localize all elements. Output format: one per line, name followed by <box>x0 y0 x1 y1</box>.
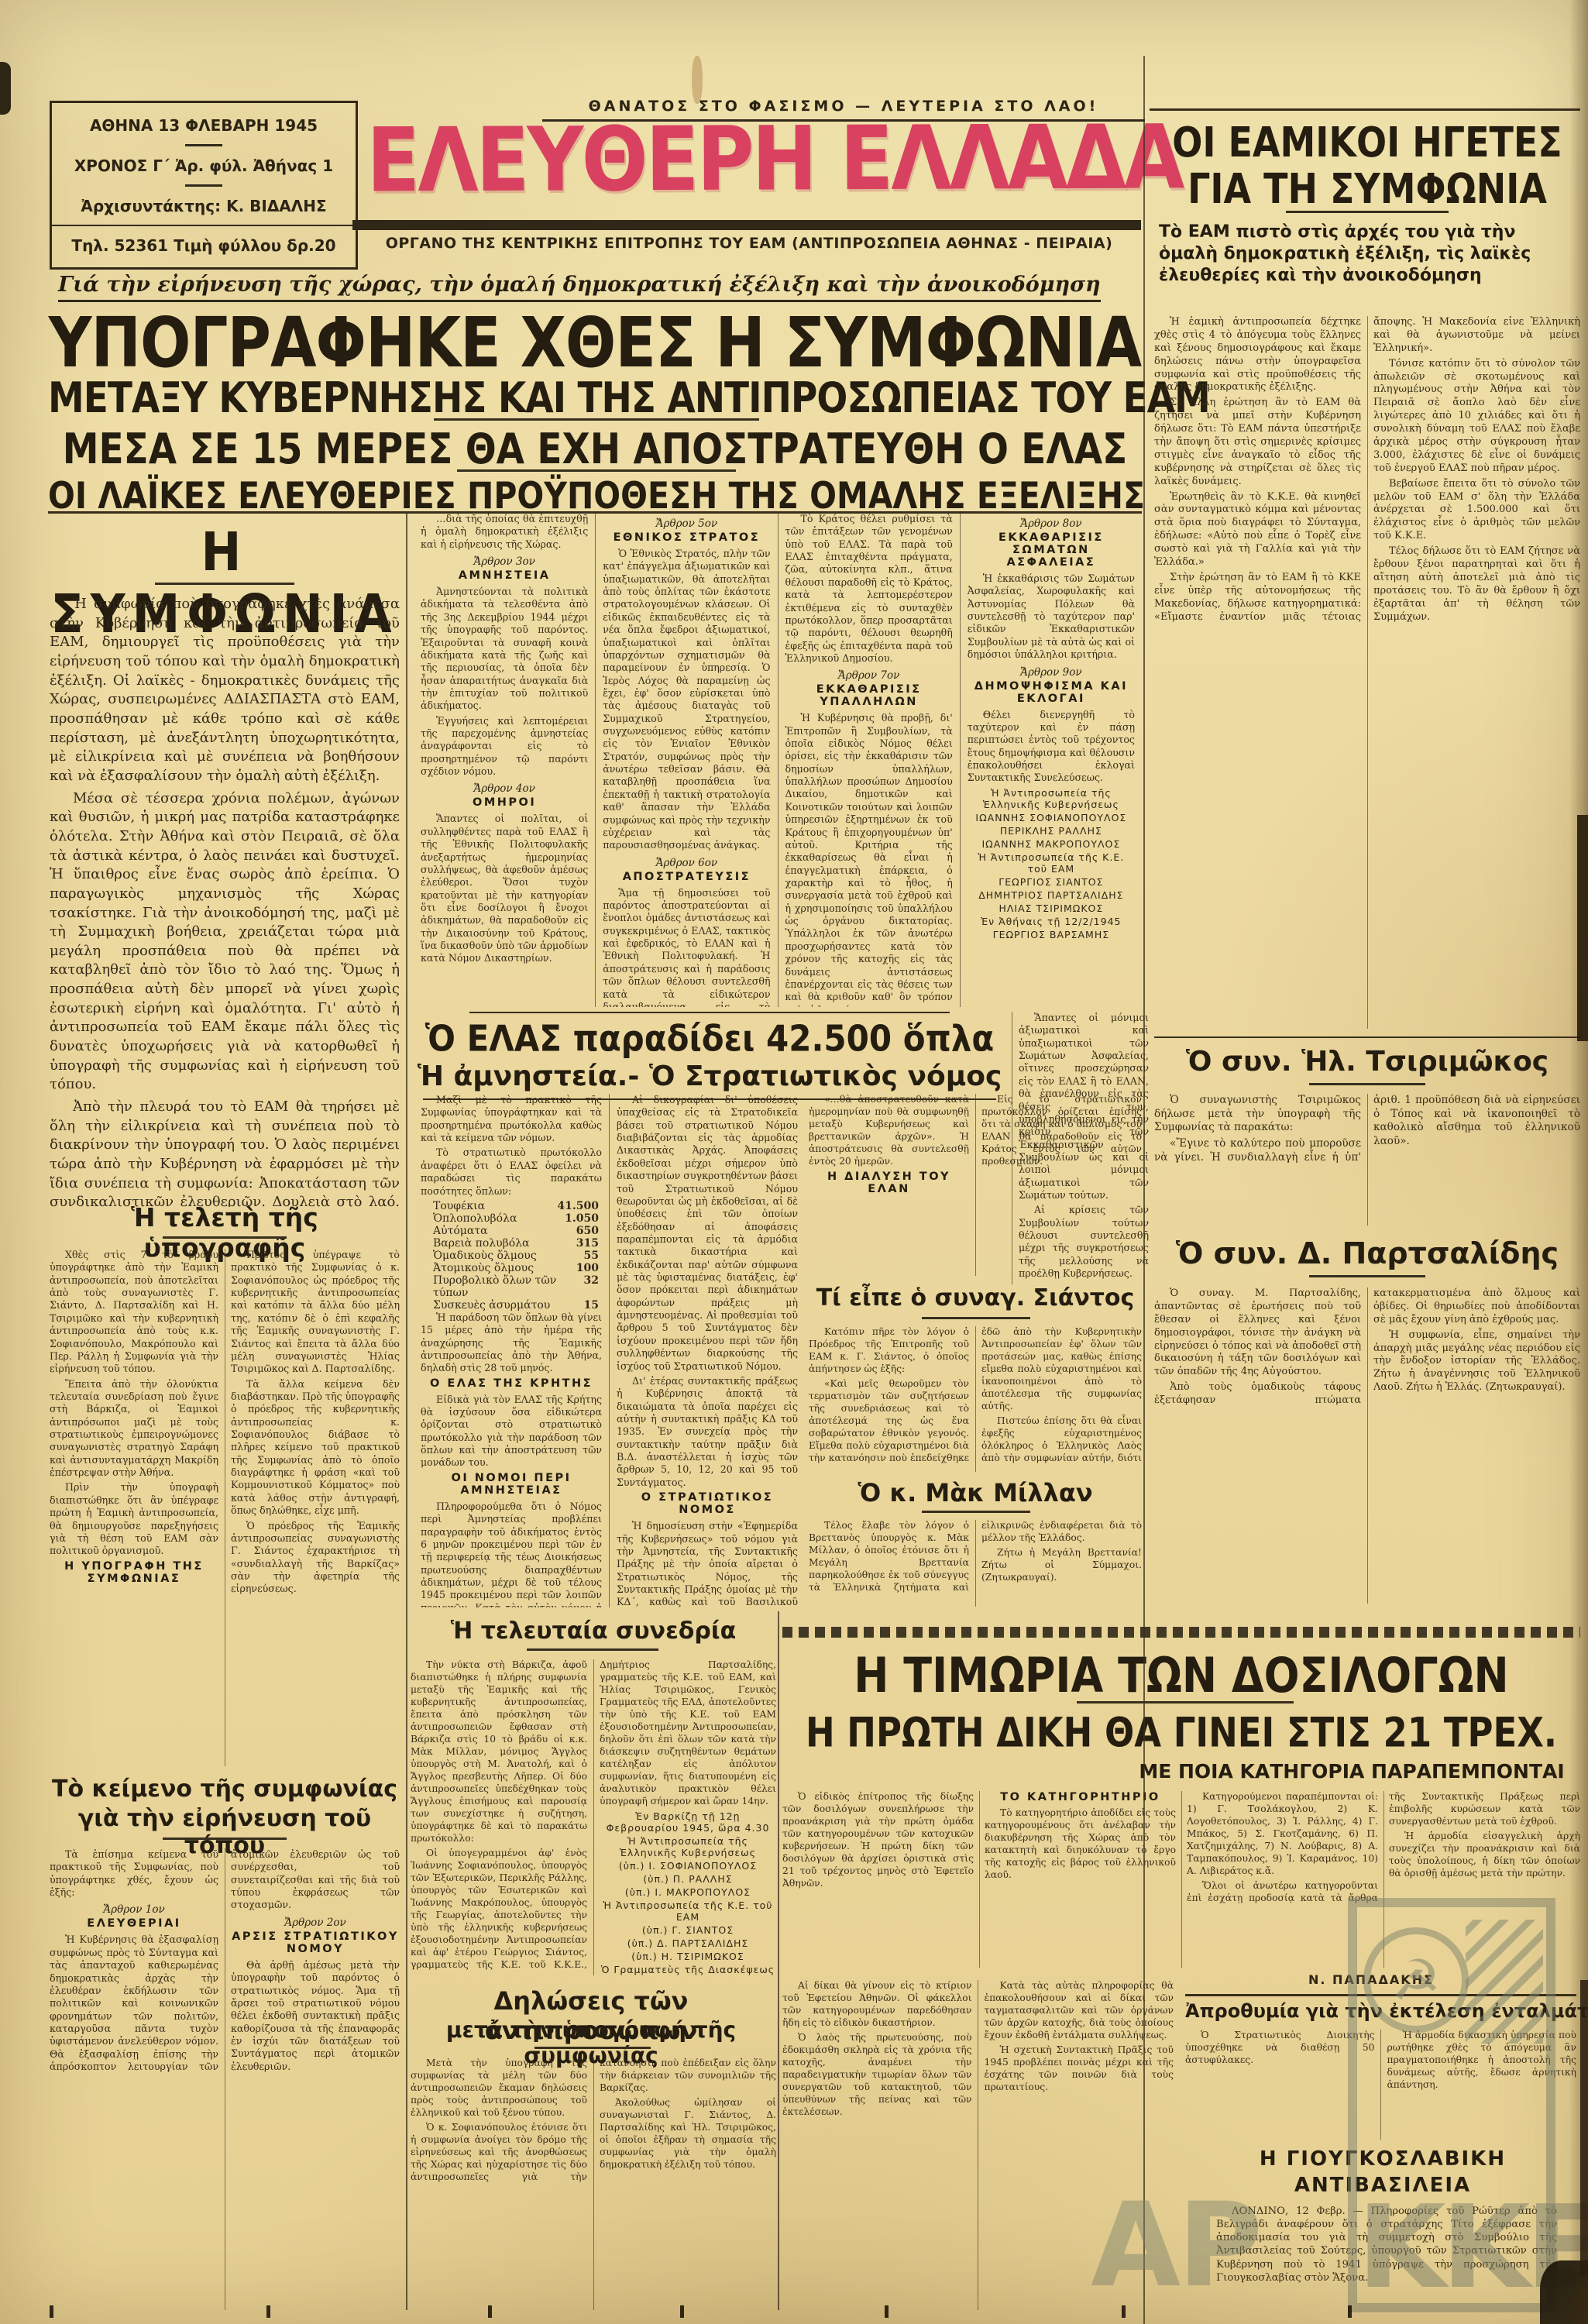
signature-line: ΓΕΩΡΓΙΟΣ ΣΙΑΝΤΟΣ <box>968 876 1135 888</box>
editorial-body: Ἡ συμφωνία ποὺ ὑπογράφηκε χτὲς ἀνάμεσα σ… <box>50 595 400 1207</box>
weapons-table-row: Πυροβολικὸ ὅλων τῶν τύπων32 <box>421 1274 602 1299</box>
paragraph: Τὴν νύκτα στὴ Βάρκιζα, ἀφοῦ διαπιστώθηκε… <box>411 1659 587 1845</box>
article-number: Ἄρθρον 3ον <box>421 555 588 568</box>
signature-line: Ἡ Ἀντιπροσωπεία τῆς Ἑλληνικῆς Κυβερνήσεω… <box>968 787 1135 810</box>
divider-line <box>52 225 356 226</box>
protocol-intro-2: Τὸ στρατιωτικὸ πρωτόκολλο ἀναφέρει ὅτι ὁ… <box>421 1147 602 1197</box>
articles-col-3: Τὸ Κράτος θέλει ρυθμίσει τὰ τῶν ἐπιτάξεω… <box>778 513 960 1007</box>
weapons-banner-line1: Ὁ ΕΛΑΣ παραδίδει 42.500 ὅπλα <box>414 1018 1005 1060</box>
paragraph: Ἡ συμφωνία ποὺ ὑπογράφηκε χτὲς ἀνάμεσα σ… <box>50 595 400 786</box>
paragraph: Ἀπὸ τὴν πλευρά του τὸ ΕΑΜ θὰ τηρήσει μὲ … <box>50 1098 400 1207</box>
paragraph: Δι' ἑτέρας συντακτικῆς πράξεως ἡ Κυβέρνη… <box>617 1375 798 1489</box>
weapons-banner: Ὁ ΕΛΑΣ παραδίδει 42.500 ὅπλα Ἡ ἀμνηστεία… <box>414 1012 1005 1100</box>
fold-tick <box>488 2305 492 2318</box>
signature-line: Ἐν Βαρκίζῃ τῇ 12ῃ Φεβρουαρίου 1945, ὥρα … <box>600 1810 776 1834</box>
paragraph: Τὰ ἐπίσημα κείμενα τοῦ πρακτικοῦ τῆς Συμ… <box>50 1848 218 1899</box>
paragraph: Τόνισε κατόπιν ὅτι τὸ σύνολον τῶν ἀπωλει… <box>1373 358 1580 476</box>
right-column-top-rule <box>1150 108 1580 111</box>
paragraph: Μετὰ τὴν ὑπογραφὴ τῆς συμφωνίας τὰ μέλη … <box>411 2058 587 2119</box>
article-number: Ἄρθρον 5ον <box>603 517 770 530</box>
signature-line: (ὑπ.) Ι. ΣΟΦΙΑΝΟΠΟΥΛΟΣ <box>600 1860 776 1872</box>
column-rule <box>778 1611 779 2310</box>
paragraph: Ὁ λαὸς τῆς πρωτευούσης, ποὺ ἐδοκιμάσθη σ… <box>782 2032 972 2119</box>
article-subtitle: ΕΘΝΙΚΟΣ ΣΤΡΑΤΟΣ <box>603 531 770 544</box>
paragraph: Ἅμα τῇ δημοσιεύσει τοῦ παρόντος ἀποστρατ… <box>603 887 770 1007</box>
right-column-body: Ἡ ἐαμικὴ ἀντιπροσωπεία δέχτηκε χθὲς στὶς… <box>1154 316 1580 1029</box>
paragraph: Ἡ Κυβέρνησις θὰ προβῇ, δι' Ἐπιτροπῶν ἢ Σ… <box>785 712 953 1007</box>
yugoslavia-paragraph: ΛΟΝΔΙΝΟ, 12 Φεβρ. — Πληροφορίες τοῦ Ρώϋτ… <box>1216 2205 1557 2284</box>
section-rule <box>1154 1037 1580 1038</box>
article-subtitle: ΑΠΟΣΤΡΑΤΕΥΣΙΣ <box>603 871 770 883</box>
last-session-heading: Ἡ τελευταία συνεδρία <box>411 1618 776 1645</box>
paragraph: Ἡ δημοσίευση στὴν «Ἐφημερίδα τῆς Κυβερνή… <box>617 1520 798 1607</box>
article-subtitle: ΟΜΗΡΟΙ <box>421 796 588 809</box>
paragraph: Ἅπαντες οἱ πολῖται, οἱ συλληφθέντες παρὰ… <box>421 813 588 964</box>
article-number: Ἄρθρον 1ον <box>50 1903 218 1916</box>
editorial-title-rule <box>155 583 294 585</box>
edition-info-box: ΑΘΗΝΑ 13 ΦΛΕΒΑΡΗ 1945 ΧΡΟΝΟΣ Γ΄ Ἀρ. φύλ.… <box>50 101 358 270</box>
tsirimokos-heading: Ὁ συν. Ἡλ. Τσιριμῶκος <box>1154 1046 1580 1078</box>
yugoslavia-heading-2: ΑΝΤΙΒΑΣΙΛΕΙΑ <box>1216 2174 1549 2197</box>
siantos-heading: Τί εἶπε ὁ συναγ. Σιάντος <box>809 1284 1142 1312</box>
weapon-count: 315 <box>576 1237 599 1250</box>
fold-tick <box>266 2305 270 2318</box>
protocol-outro: Ἡ παράδοση τῶν ὅπλων θὰ γίνει 15 μέρες ἀ… <box>421 1312 602 1375</box>
paragraph: Ὁ εἰδικὸς ἐπίτροπος τῆς δίωξης τῶν δοσιλ… <box>782 1791 974 1890</box>
weapon-label: Τουφέκια <box>433 1200 485 1212</box>
paragraph: Ἀκολούθως ὡμίλησαν οἱ συναγωνισταὶ Γ. Σι… <box>600 2097 776 2171</box>
paragraph: Ζήτω ἡ Μεγάλη Βρεττανία! Ζήτω οἱ Σύμμαχο… <box>981 1547 1142 1584</box>
heading-rule <box>1309 1275 1425 1277</box>
weapons-table-row: Βαρειὰ πολυβόλα315 <box>421 1237 602 1250</box>
heading-rule <box>163 1236 287 1239</box>
fold-tick <box>50 2305 53 2318</box>
article-subtitle: ΤΟ ΚΑΤΗΓΟΡΗΤΗΡΙΟ <box>985 1791 1176 1803</box>
signature-line: Ἡ Ἀντιπροσωπεία τῆς Κ.Ε. τοῦ ΕΑΜ <box>600 1899 776 1923</box>
crete-and-amnesty: Ο ΕΛΑΣ ΤΗΣ ΚΡΗΤΗΣΕἰδικὰ γιὰ τὸν ΕΛΑΣ τῆς… <box>421 1377 602 1607</box>
edition-date: ΑΘΗΝΑ 13 ΦΛΕΒΑΡΗ 1945 <box>58 116 349 135</box>
yugoslavia-body: ΛΟΝΔΙΝΟ, 12 Φεβρ. — Πληροφορίες τοῦ Ρώϋτ… <box>1216 2205 1557 2312</box>
signature-line: ΙΩΑΝΝΗΣ ΜΑΚΡΟΠΟΥΛΟΣ <box>968 838 1135 850</box>
right-column-headline-1: ΟΙ ΕΑΜΙΚΟΙ ΗΓΕΤΕΣ <box>1154 118 1580 167</box>
paragraph: Μέσα σὲ τέσσερα χρόνια πολέμων, ἀγώνων κ… <box>50 789 400 1095</box>
agreement-text-heading-1: Τὸ κείμενο τῆς συμφωνίας <box>50 1776 400 1803</box>
weapon-label: Αὐτόματα <box>433 1225 488 1237</box>
weapons-column: Μαζὶ μὲ τὸ πρακτικὸ τῆς Συμφωνίας ὑπογρά… <box>414 1094 609 1607</box>
paragraph: Κατὰ τὰς αὐτὰς πληροφορίας θὰ ἐπακολουθή… <box>985 1980 1174 2042</box>
signature-line: Ὁ Γραμματεὺς τῆς Διασκέψεως <box>600 1964 776 1975</box>
edition-volume: ΧΡΟΝΟΣ Γ΄ Ἀρ. φύλ. Ἀθήνας 1 <box>58 156 349 175</box>
paragraph: Ἡ ἐαμικὴ ἀντιπροσωπεία δέχτηκε χθὲς στὶς… <box>1154 316 1361 394</box>
banner-rule <box>469 1012 950 1013</box>
punishment-headline-2: Η ΠΡΩΤΗ ΔΙΚΗ ΘΑ ΓΙΝΕΙ ΣΤΙΣ 21 ΤΡΕΧ. <box>782 1709 1580 1756</box>
partsalidis-body: Ὁ συναγ. Μ. Παρτσαλίδης, ἀπαντῶντας σὲ ἐ… <box>1154 1287 1580 1604</box>
paragraph: Ἡ σχετικὴ Συντακτικὴ Πρᾶξις τοῦ 1945 προ… <box>985 2044 1174 2094</box>
weapons-table-row: Αὐτόματα650 <box>421 1225 602 1237</box>
heading-rule <box>922 1511 1030 1513</box>
divider-dash <box>185 184 222 187</box>
articles-col-1: …διὰ τῆς ὁποίας θὰ ἐπιτευχθῇ ἡ ὁμαλὴ δημ… <box>414 513 595 1007</box>
paragraph: Ἔπειτα ἀπὸ τὴν ὁλονύκτια τελευταία συνεδ… <box>50 1378 218 1480</box>
paragraph: Τὸ κατηγορητήριο ἀποδίδει εἰς τοὺς κατηγ… <box>985 1807 1176 1882</box>
fold-tick <box>1348 2305 1352 2318</box>
agreement-text-body: Τὰ ἐπίσημα κείμενα τοῦ πρακτικοῦ τῆς Συμ… <box>50 1848 400 2310</box>
headline-rule <box>457 469 736 472</box>
signature-line: ΔΗΜΗΤΡΙΟΣ ΠΑΡΤΣΑΛΙΔΗΣ <box>968 889 1135 901</box>
weapon-count: 55 <box>584 1250 599 1262</box>
fold-tick <box>1122 2305 1126 2318</box>
fold-tick <box>885 2305 889 2318</box>
heading-rule <box>527 1648 658 1651</box>
article-subtitle: ΔΗΜΟΨΗΦΙΣΜΑ ΚΑΙ ΕΚΛΟΓΑΙ <box>968 680 1135 705</box>
paragraph: Ἡ ἁρμοδία εἰσαγγελικὴ ἀρχὴ συνεχίζει τὴν… <box>1389 1831 1580 1880</box>
signature-line: (ὑπ.) Ι. ΜΑΚΡΟΠΟΥΛΟΣ <box>600 1886 776 1898</box>
protocol-and-laws-band: Μαζὶ μὲ τὸ πρακτικὸ τῆς Συμφωνίας ὑπογρά… <box>414 1094 805 1607</box>
headline-rule <box>1077 1701 1294 1703</box>
elan-dissolution-block: «…θὰ ἀποστρατευθοῦν κατὰ ἡμερομηνίαν ποὺ… <box>809 1094 1142 1276</box>
section-rule <box>1185 1994 1576 1996</box>
warrants-body: Ὁ Στρατιωτικὸς Διοικητὴς ὑποσχέθηκε νὰ δ… <box>1185 2030 1576 2140</box>
signature-line: Ἡ Ἀντιπροσωπεία τῆς Κ.Ε. τοῦ ΕΑΜ <box>968 851 1135 875</box>
lead-headline-2: ΜΕΤΑΞΥ ΚΥΒΕΡΝΗΣΗΣ ΚΑΙ ΤΗΣ ΑΝΤΙΠΡΟΣΩΠΕΙΑΣ… <box>48 373 1142 423</box>
article-number: Ἄρθρον 6ον <box>603 857 770 869</box>
heading-rule <box>922 1317 1030 1319</box>
weapons-table: Τουφέκια41.500Ὁπλοπολυβόλα1.050Αὐτόματα6… <box>421 1200 602 1312</box>
fold-tick <box>680 2305 684 2318</box>
weapons-banner-line2: Ἡ ἀμνηστεία.- Ὁ Στρατιωτικὸς νόμος <box>414 1061 1005 1092</box>
paragraph: Εἰδικὰ γιὰ τὸν ΕΛΑΣ τῆς Κρήτης θὰ ἰσχύσο… <box>421 1394 602 1470</box>
paragraph: Ἀμνηστεύονται τὰ πολιτικὰ ἀδικήματα τὰ τ… <box>421 586 588 713</box>
decorative-checker-band <box>782 1627 1580 1638</box>
weapons-table-row: Ὁπλοπολυβόλα1.050 <box>421 1212 602 1225</box>
divider-dash <box>185 144 222 146</box>
weapons-table-row: Ἀτομικοὺς ὅλμους100 <box>421 1262 602 1274</box>
agreement-articles-band: …διὰ τῆς ὁποίας θὰ ἐπιτευχθῇ ἡ ὁμαλὴ δημ… <box>414 513 1142 1007</box>
macmillan-heading: Ὁ κ. Μὰκ Μίλλαν <box>809 1478 1142 1508</box>
weapon-label: Ἀτομικοὺς ὅλμους <box>433 1262 534 1274</box>
newspaper-title: ΕΛΕΥΘΕΡΗ ΕΛΛΑΔΑ <box>366 112 1139 208</box>
article-signature: Ν. ΠΑΠΑΔΑΚΗΣ <box>1208 1972 1534 1987</box>
ceremony-body: Χθὲς στὶς 7 τὸ βράδυ ὑπογράφτηκε ἀπὸ τὴν… <box>50 1249 400 1766</box>
tsirimokos-body: Ὁ συναγωνιστὴς Τσιριμῶκος δήλωσε μετὰ τὴ… <box>1154 1094 1580 1226</box>
column-rule <box>406 513 407 1611</box>
weapon-label: Ὁμαδικοὺς ὅλμους <box>433 1250 537 1262</box>
weapon-label: Ὁπλοπολυβόλα <box>433 1212 517 1225</box>
masthead-bar <box>352 220 1141 230</box>
masthead-subtitle: ΟΡΓΑΝΟ ΤΗΣ ΚΕΝΤΡΙΚΗΣ ΕΠΙΤΡΟΠΗΣ ΤΟΥ ΕΑΜ (… <box>358 235 1140 252</box>
article-subtitle: ΕΛΕΥΘΕΡΙΑΙ <box>50 1917 218 1930</box>
paragraph: Τὰ ἄλλα κείμενα δὲν διαβάστηκαν. Πρὸ τῆς… <box>231 1378 400 1518</box>
paragraph: Πρὶν τὴν ὑπογραφὴ διαπιστώθηκε ὅτι ἂν ὑπ… <box>50 1481 218 1557</box>
edition-editor: Ἀρχισυντάκτης: Κ. ΒΙΔΑΛΗΣ <box>58 197 349 215</box>
articles-col-4: Ἄρθρον 8ονΕΚΚΑΘΑΡΙΣΙΣ ΣΩΜΑΤΩΝ ΑΣΦΑΛΕΙΑΣἩ… <box>960 513 1142 1007</box>
paragraph: Εἰς τὸ στρατιωτικὸν πρωτόκολλον ὁρίζεται… <box>981 1094 1142 1168</box>
punishment-headline-1: Η ΤΙΜΩΡΙΑ ΤΩΝ ΔΟΣΙΛΟΓΩΝ <box>782 1647 1580 1703</box>
paragraph: Θὰ ἀρθῇ ἀμέσως μετὰ τὴν ὑπογραφὴν τοῦ πα… <box>231 1959 400 2073</box>
article-subtitle: Η ΥΠΟΓΡΑΦΗ ΤΗΣ ΣΥΜΦΩΝΙΑΣ <box>50 1560 218 1585</box>
paragraph: Κατόπιν πῆρε τὸν λόγον ὁ Πρόεδρος τῆς Ἐπ… <box>809 1326 969 1376</box>
signature-line: Ἡ Ἀντιπροσωπεία τῆς Ἑλληνικῆς Κυβερνήσεω… <box>600 1835 776 1858</box>
declarations-body: Μετὰ τὴν ὑπογραφὴ τῆς συμφωνίας τὰ μέλη … <box>411 2058 776 2310</box>
weapon-count: 32 <box>584 1274 599 1299</box>
paragraph: Ἡ ἐκκαθάρισις τῶν Σωμάτων Ἀσφαλείας, Χωρ… <box>968 572 1135 662</box>
edition-phone-price: Τηλ. 52361 Τιμὴ φύλλου δρ.20 <box>58 236 349 255</box>
lead-headline-1: ΥΠΟΓΡΑΦΗΚΕ ΧΘΕΣ Η ΣΥΜΦΩΝΙΑ <box>48 304 1142 383</box>
paragraph: Τὸ Κράτος θέλει ρυθμίσει τὰ τῶν ἐπιτάξεω… <box>785 513 953 665</box>
newspaper-front-page: { "infobox": { "date": "ΑΘΗΝΑ 13 ΦΛΕΒΑΡΗ… <box>0 0 1588 2324</box>
heading-rule <box>534 2047 651 2049</box>
paragraph: Ὁ συναγ. Μ. Παρτσαλίδης, ἀπαντῶντας σὲ ἐ… <box>1154 1287 1361 1379</box>
paragraph: Ὁ Ἐθνικὸς Στρατός, πλὴν τῶν κατ' ἐπάγγελ… <box>603 548 770 852</box>
article-subtitle: Ο ΕΛΑΣ ΤΗΣ ΚΡΗΤΗΣ <box>421 1377 602 1390</box>
signature-line: (ὑπ.) Γ. ΣΙΑΝΤΟΣ <box>600 1924 776 1936</box>
signature-line: (ὑπ.) Δ. ΠΑΡΤΣΑΛΙΔΗΣ <box>600 1937 776 1949</box>
weapon-count: 100 <box>576 1262 599 1274</box>
heading-rule <box>163 1838 287 1840</box>
heading-rule <box>1309 1083 1425 1085</box>
weapons-table-row: Συσκευὲς ἀσυρμάτου15 <box>421 1299 602 1312</box>
column-rule <box>406 1611 407 2310</box>
paragraph: …διὰ τῆς ὁποίας θὰ ἐπιτευχθῇ ἡ ὁμαλὴ δημ… <box>421 513 588 551</box>
article-subtitle: ΕΚΚΑΘΑΡΙΣΙΣ ΥΠΑΛΛΗΛΩΝ <box>785 683 953 708</box>
paragraph: Χθὲς στὶς 7 τὸ βράδυ ὑπογράφτηκε ἀπὸ τὴν… <box>50 1249 218 1376</box>
signature-line: (ὑπ.) Η. ΤΣΙΡΙΜΩΚΟΣ <box>600 1951 776 1962</box>
weapon-count: 1.050 <box>565 1212 599 1225</box>
article-subtitle: Η ΔΙΑΛΥΣΗ ΤΟΥ ΕΛΑΝ <box>809 1171 969 1195</box>
last-session-body: Τὴν νύκτα στὴ Βάρκιζα, ἀφοῦ διαπιστώθηκε… <box>411 1659 776 1975</box>
paragraph: Ἡ ἁρμοδία δικαστικὴ ὑπηρεσία ποὺ ρωτήθηκ… <box>1387 2030 1577 2092</box>
article-number: Ἄρθρον 2ον <box>231 1917 400 1929</box>
partsalidis-heading: Ὁ συν. Δ. Παρτσαλίδης <box>1154 1236 1580 1270</box>
weapons-table-row: Τουφέκια41.500 <box>421 1200 602 1212</box>
paragraph: Ὁ Στρατιωτικὸς Διοικητὴς ὑποσχέθηκε νὰ δ… <box>1185 2030 1375 2067</box>
paragraph: Ὁ πρόεδρος τῆς Ἐαμικῆς ἀντιπροσωπείας συ… <box>231 1520 400 1596</box>
headline-rule <box>434 418 759 421</box>
yugoslavia-heading-1: Η ΓΙΟΥΓΚΟΣΛΑΒΙΚΗ <box>1216 2147 1549 2171</box>
punishment-subheading: ΜΕ ΠΟΙΑ ΚΑΤΗΓΟΡΙΑ ΠΑΡΑΠΕΜΠΟΝΤΑΙ <box>1123 1760 1580 1783</box>
signature-line: ΠΕΡΙΚΛΗΣ ΡΑΛΛΗΣ <box>968 825 1135 837</box>
weapons-table-row: Ὁμαδικοὺς ὅλμους55 <box>421 1250 602 1262</box>
main-column-rule <box>1143 56 1145 2324</box>
macmillan-body: Τέλος ἔλαβε τὸν λόγον ὁ Βρεττανὸς ὑπουργ… <box>809 1520 1142 1607</box>
scan-artifact <box>0 62 11 115</box>
signature-line: ΓΕΩΡΓΙΟΣ ΒΑΡΣΑΜΗΣ <box>968 929 1135 940</box>
heading-rule <box>1286 211 1449 213</box>
article-subtitle: ΑΜΝΗΣΤΕΙΑ <box>421 569 588 582</box>
paragraph: Σὲ ἄλλη ἐρώτηση ἂν τὸ ΕΑΜ θὰ ζητήσει νὰ … <box>1154 397 1361 488</box>
paragraph: Τέλος δήλωσε ὅτι τὸ ΕΑΜ ζήτησε νὰ ἔρθουν… <box>1373 545 1580 624</box>
paragraph: Κατηγορούμενοι παραπέμπονται οἱ: 1) Γ. Τ… <box>1187 1791 1378 1878</box>
article-subtitle: Ο ΣΤΡΑΤΙΩΤΙΚΟΣ ΝΟΜΟΣ <box>617 1491 798 1516</box>
paper-stain <box>692 56 703 104</box>
paragraph: Βεβαίωσε ἔπειτα ὅτι τὸ σύνολο τῶν μελῶν … <box>1373 478 1580 543</box>
paragraph: Ἐρωτηθεὶς ἂν τὸ Κ.Κ.Ε. θὰ κινηθεῖ σὰν συ… <box>1154 491 1361 569</box>
paragraph: Αἱ δίκαι θὰ γίνουν εἰς τὸ κτίριον τοῦ Ἐφ… <box>782 1980 972 2030</box>
paragraph: Πρῶτος ὑπέγραψε τὸ πρακτικὸ τῆς Συμφωνία… <box>231 1249 400 1376</box>
signature-line: (ὑπ.) Π. ΡΑΛΛΗΣ <box>600 1873 776 1885</box>
weapon-label: Πυροβολικὸ ὅλων τῶν τύπων <box>433 1274 584 1299</box>
punishment-body: Ὁ εἰδικὸς ἐπίτροπος τῆς δίωξης τῶν δοσιλ… <box>782 1791 1580 1968</box>
weapon-label: Βαρειὰ πολυβόλα <box>433 1237 529 1250</box>
weapon-count: 41.500 <box>557 1200 599 1212</box>
article-subtitle: ΑΡΣΙΣ ΣΤΡΑΤΙΩΤΙΚΟΥ ΝΟΜΟΥ <box>231 1930 400 1955</box>
weapon-count: 15 <box>584 1299 599 1312</box>
paragraph: Ὁ συναγωνιστὴς Τσιριμῶκος δήλωσε μετὰ τὴ… <box>1154 1094 1361 1135</box>
article-number: Ἄρθρον 7ον <box>785 669 953 682</box>
article-number: Ἄρθρον 8ον <box>968 517 1135 530</box>
punishment-body-continued: Αἱ δίκαι θὰ γίνουν εἰς τὸ κτίριον τοῦ Ἐφ… <box>782 1980 1174 2310</box>
signature-line: ΙΩΑΝΝΗΣ ΣΟΦΙΑΝΟΠΟΥΛΟΣ <box>968 812 1135 823</box>
right-column-headline-2: ΓΙΑ ΤΗ ΣΥΜΦΩΝΙΑ <box>1154 164 1580 213</box>
paragraph: Αἱ δικογραφίαι δι' ὑποθέσεις ὑπαχθείσας … <box>617 1094 798 1373</box>
signature-line: ΗΛΙΑΣ ΤΣΙΡΙΜΩΚΟΣ <box>968 902 1135 914</box>
right-column-standfirst: Τὸ ΕΑΜ πιστὸ στὶς ἀρχές του γιὰ τὴν ὁμαλ… <box>1159 222 1577 287</box>
article-number: Ἄρθρον 4ον <box>421 782 588 795</box>
article-subtitle: ΕΚΚΑΘΑΡΙΣΙΣ ΣΩΜΑΤΩΝ ΑΣΦΑΛΕΙΑΣ <box>968 531 1135 569</box>
weapon-label: Συσκευὲς ἀσυρμάτου <box>433 1299 550 1312</box>
articles-col-2: Ἄρθρον 5ονΕΘΝΙΚΟΣ ΣΤΡΑΤΟΣὉ Ἐθνικὸς Στρατ… <box>595 513 777 1007</box>
article-number: Ἄρθρον 9ον <box>968 666 1135 679</box>
siantos-body: Κατόπιν πῆρε τὸν λόγον ὁ Πρόεδρος τῆς Ἐπ… <box>809 1326 1142 1472</box>
paragraph: Ἡ συμφωνία, εἶπε, σημαίνει τὴν ἀπαρχὴ μι… <box>1373 1329 1580 1394</box>
page-edge-shadow <box>1569 0 1588 2324</box>
lead-headline-3: ΜΕΣΑ ΣΕ 15 ΜΕΡΕΣ ΘΑ ΕΧΗ ΑΠΟΣΤΡΑΤΕΥΘΗ Ο Ε… <box>48 425 1142 474</box>
courts-column: Αἱ δικογραφίαι δι' ὑποθέσεις ὑπαχθείσας … <box>609 1094 805 1607</box>
paragraph: «…θὰ ἀποστρατευθοῦν κατὰ ἡμερομηνίαν ποὺ… <box>809 1094 969 1168</box>
signature-line: Ἐν Ἀθήναις τῇ 12/2/1945 <box>968 916 1135 927</box>
lead-kicker: Γιά τὴν εἰρήνευση τῆς χώρας, τὴν ὁμαλή δ… <box>58 273 1101 302</box>
article-subtitle: ΟΙ ΝΟΜΟΙ ΠΕΡΙ ΑΜΝΗΣΤΕΙΑΣ <box>421 1472 602 1497</box>
paragraph: Ἐγγυήσεις καὶ λεπτομέρειαι τῆς παρεχομέν… <box>421 715 588 779</box>
paragraph: Πληροφορούμεθα ὅτι ὁ Νόμος περὶ Ἀμνηστεί… <box>421 1501 602 1607</box>
warrants-heading: Ἀπροθυμία γιὰ τὴν ἐκτέλεση ἐνταλμάτων <box>1185 2000 1576 2022</box>
paragraph: Θέλει διενεργηθῆ τὸ ταχύτερον καὶ ἐν πάσ… <box>968 709 1135 785</box>
weapon-count: 650 <box>576 1225 599 1237</box>
protocol-intro: Μαζὶ μὲ τὸ πρακτικὸ τῆς Συμφωνίας ὑπογρά… <box>421 1094 602 1144</box>
